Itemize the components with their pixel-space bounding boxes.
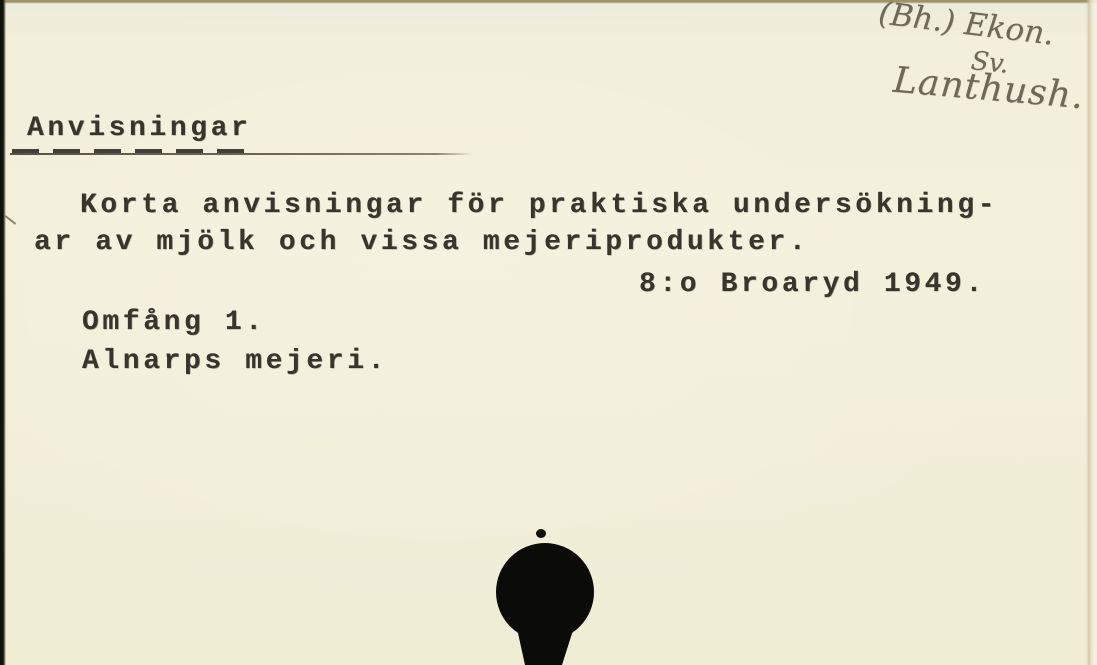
keyhole-hole-punch	[0, 0, 1097, 665]
library-catalog-card-scan: (Bh.) Ekon. Sv. Lanthush. Anvisningar Ko…	[0, 0, 1097, 665]
